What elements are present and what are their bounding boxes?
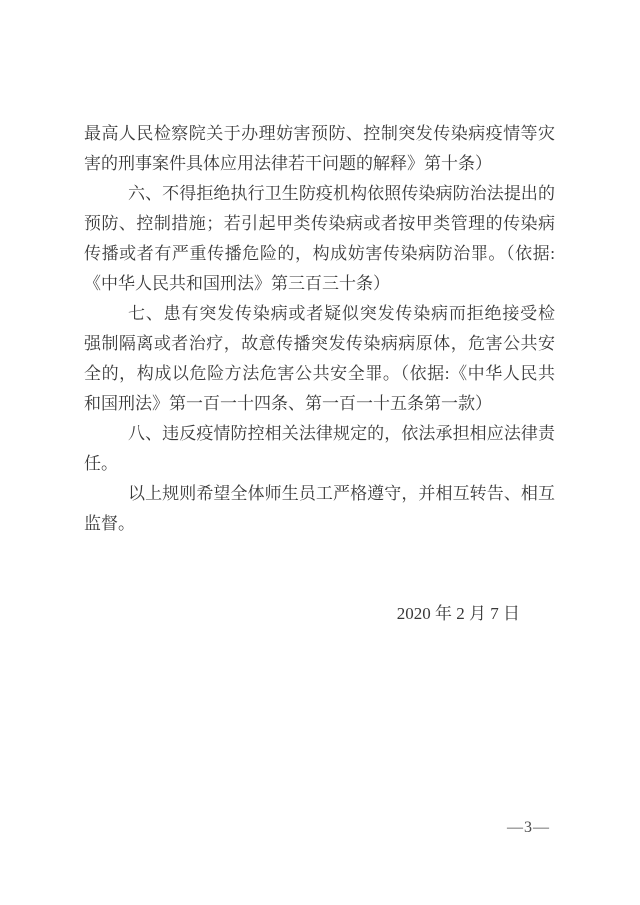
page-number: —3— bbox=[507, 818, 550, 838]
text-line: 和国刑法》第一百一十四条、第一百一十五条第一款） bbox=[84, 389, 555, 419]
text-line: 最高人民检察院关于办理妨害预防、控制突发传染病疫情等灾 bbox=[84, 119, 555, 149]
text-line: 以上规则希望全体师生员工严格遵守，并相互转告、相互 bbox=[84, 479, 555, 509]
text-line: 传播或者有严重传播危险的，构成妨害传染病防治罪。（依据: bbox=[84, 239, 555, 269]
date-line: 2020 年 2 月 7 日 bbox=[84, 599, 555, 629]
text-line: 全的，构成以危险方法危害公共安全罪。（依据:《中华人民共 bbox=[84, 359, 555, 389]
text-line: 预防、控制措施；若引起甲类传染病或者按甲类管理的传染病 bbox=[84, 209, 555, 239]
text-line: 监督。 bbox=[84, 509, 555, 539]
text-line: 六、不得拒绝执行卫生防疫机构依照传染病防治法提出的 bbox=[84, 179, 555, 209]
text-line: 任。 bbox=[84, 449, 555, 479]
text-line: 《中华人民共和国刑法》第三百三十条） bbox=[84, 269, 555, 299]
document-page: 最高人民检察院关于办理妨害预防、控制突发传染病疫情等灾 害的刑事案件具体应用法律… bbox=[0, 0, 640, 905]
text-line: 强制隔离或者治疗，故意传播突发传染病病原体，危害公共安 bbox=[84, 329, 555, 359]
text-line: 八、违反疫情防控相关法律规定的，依法承担相应法律责 bbox=[84, 419, 555, 449]
text-line: 害的刑事案件具体应用法律若干问题的解释》第十条） bbox=[84, 149, 555, 179]
text-line: 七、患有突发传染病或者疑似突发传染病而拒绝接受检疫、 bbox=[84, 299, 555, 329]
document-body: 最高人民检察院关于办理妨害预防、控制突发传染病疫情等灾 害的刑事案件具体应用法律… bbox=[84, 119, 555, 539]
